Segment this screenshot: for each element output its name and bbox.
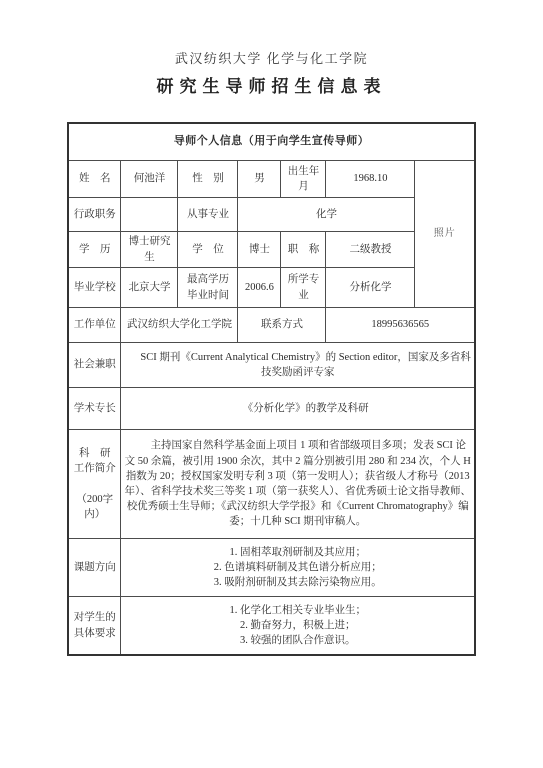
education-label: 学 历 — [68, 232, 121, 268]
table-row: 社会兼职 SCI 期刊《Current Analytical Chemistry… — [68, 343, 475, 388]
table-row: 毕业学校 北京大学 最高学历 毕业时间 2006.6 所学专业 分析化学 — [68, 268, 475, 308]
education-value: 博士研究生 — [121, 232, 178, 268]
grad-time-value: 2006.6 — [238, 268, 281, 308]
work-unit-label: 工作单位 — [68, 308, 121, 343]
name-label: 姓 名 — [68, 161, 121, 198]
table-row: 对学生的 具体要求 1. 化学化工相关专业毕业生； 2. 勤奋努力，积极上进； … — [68, 597, 475, 656]
table-row: 行政职务 从事专业 化学 — [68, 198, 475, 232]
degree-value: 博士 — [238, 232, 281, 268]
expertise-label: 学术专长 — [68, 388, 121, 430]
expertise-value: 《分析化学》的教学及科研 — [121, 388, 475, 430]
birth-label: 出生年月 — [281, 161, 326, 198]
major-label: 所学专业 — [281, 268, 326, 308]
profession-value: 化学 — [238, 198, 415, 232]
social-posts-value: SCI 期刊《Current Analytical Chemistry》的 Se… — [121, 343, 475, 388]
gender-value: 男 — [238, 161, 281, 198]
school-name: 武汉纺织大学 化学与化工学院 — [0, 50, 543, 67]
prof-title-label: 职 称 — [281, 232, 326, 268]
table-row: 导师个人信息（用于向学生宣传导师） — [68, 123, 475, 161]
birth-value: 1968.10 — [326, 161, 415, 198]
document-page: 武汉纺织大学 化学与化工学院 研究生导师招生信息表 导师个人信息（用于向学生宣传… — [0, 0, 543, 768]
prof-title-value: 二级教授 — [326, 232, 415, 268]
contact-label: 联系方式 — [238, 308, 326, 343]
social-posts-label: 社会兼职 — [68, 343, 121, 388]
major-value: 分析化学 — [326, 268, 415, 308]
admin-post-value — [121, 198, 178, 232]
degree-label: 学 位 — [178, 232, 238, 268]
supervisor-info-table: 导师个人信息（用于向学生宣传导师） 姓 名 何池洋 性 别 男 出生年月 196… — [67, 122, 476, 656]
student-requirements-label: 对学生的 具体要求 — [68, 597, 121, 656]
contact-value: 18995636565 — [326, 308, 475, 343]
photo-placeholder: 照片 — [415, 161, 475, 308]
table-row: 学 历 博士研究生 学 位 博士 职 称 二级教授 — [68, 232, 475, 268]
table-row: 工作单位 武汉纺织大学化工学院 联系方式 18995636565 — [68, 308, 475, 343]
research-intro-value: 主持国家自然科学基金面上项目 1 项和省部级项目多项；发表 SCI 论文 50 … — [121, 430, 475, 539]
profession-label: 从事专业 — [178, 198, 238, 232]
gender-label: 性 别 — [178, 161, 238, 198]
grad-time-label: 最高学历 毕业时间 — [178, 268, 238, 308]
grad-school-label: 毕业学校 — [68, 268, 121, 308]
table-row: 课题方向 1. 固相萃取剂研制及其应用； 2. 色谱填料研制及其色谱分析应用； … — [68, 539, 475, 597]
table-row: 姓 名 何池洋 性 别 男 出生年月 1968.10 照片 — [68, 161, 475, 198]
table-row: 科 研 工作简介 （200字 内） 主持国家自然科学基金面上项目 1 项和省部级… — [68, 430, 475, 539]
section-header: 导师个人信息（用于向学生宣传导师） — [68, 123, 475, 161]
table-row: 学术专长 《分析化学》的教学及科研 — [68, 388, 475, 430]
research-topics-label: 课题方向 — [68, 539, 121, 597]
admin-post-label: 行政职务 — [68, 198, 121, 232]
research-intro-label: 科 研 工作简介 （200字 内） — [68, 430, 121, 539]
page-title: 研究生导师招生信息表 — [0, 76, 543, 98]
research-topics-value: 1. 固相萃取剂研制及其应用； 2. 色谱填料研制及其色谱分析应用； 3. 吸附… — [121, 539, 475, 597]
work-unit-value: 武汉纺织大学化工学院 — [121, 308, 238, 343]
student-requirements-value: 1. 化学化工相关专业毕业生； 2. 勤奋努力，积极上进； 3. 较强的团队合作… — [121, 597, 475, 656]
grad-school-value: 北京大学 — [121, 268, 178, 308]
name-value: 何池洋 — [121, 161, 178, 198]
